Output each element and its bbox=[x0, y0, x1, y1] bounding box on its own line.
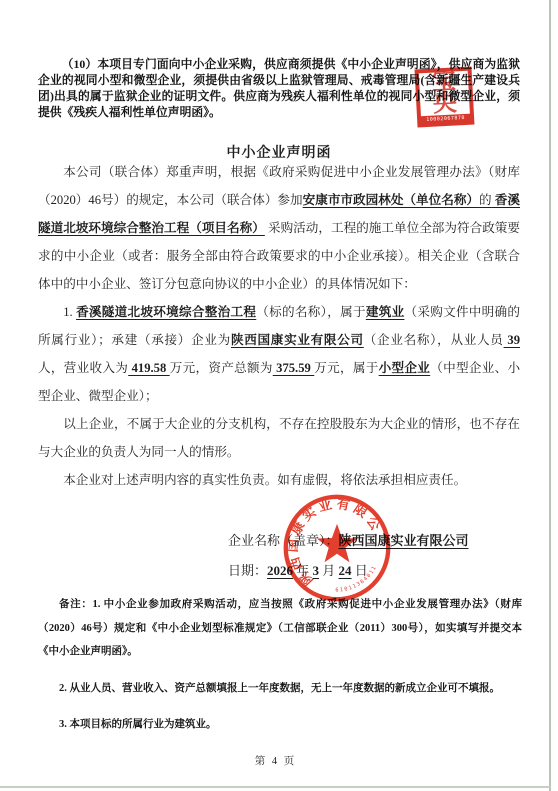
page-bottom-border bbox=[0, 786, 551, 788]
note-3: 3. 本项目标的所属行业为建筑业。 bbox=[38, 713, 522, 737]
paragraph-intro: 本公司（联合体）郑重声明，根据《政府采购促进中小企业发展管理办法》（财库（202… bbox=[38, 158, 520, 298]
star-icon bbox=[317, 524, 357, 562]
company-round-seal: 陕西国康实业有限公司 61011384011 bbox=[279, 490, 395, 606]
declaration-body: 本公司（联合体）郑重声明，根据《政府采购促进中小企业发展管理办法》（财库（202… bbox=[38, 158, 520, 494]
page-right-border bbox=[549, 0, 551, 791]
page-number: 第 4 页 bbox=[0, 753, 551, 768]
square-verification-stamp: 宝央 10002067870 bbox=[415, 67, 475, 128]
document-page: （10）本项目专门面向中小企业采购，供应商须提供《中小企业声明函》，供应商为监狱… bbox=[0, 0, 558, 791]
note-2: 2. 从业人员、营业收入、资产总额填报上一年度数据，无上一年度数据的新成立企业可… bbox=[38, 677, 522, 701]
paragraph-independence: 以上企业，不属于大企业的分支机构，不存在控股股东为大企业的情形，也不存在与大企业… bbox=[38, 410, 520, 466]
stamp-serial-number: 10002067870 bbox=[420, 114, 471, 125]
stamp-characters: 宝央 bbox=[419, 70, 470, 117]
notes-section: 备注：1. 中小企业参加政府采购活动，应当按照《政府采购促进中小企业发展管理办法… bbox=[38, 593, 522, 737]
paragraph-item-1: 1. 香溪隧道北坡环境综合整治工程（标的名称），属于建筑业（采购文件中明确的所属… bbox=[38, 298, 520, 410]
